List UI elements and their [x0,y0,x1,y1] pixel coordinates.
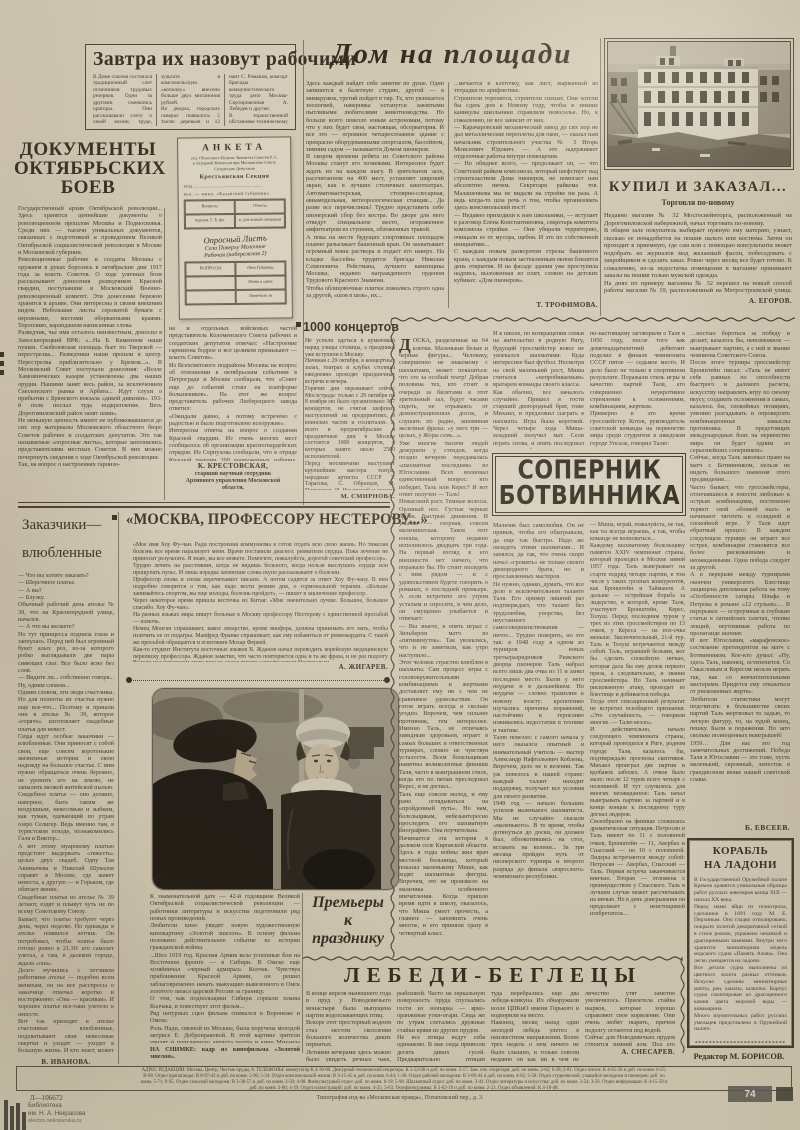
article-title-dokumenty: ДОКУМЕНТЫ ОКТЯБРЬСКИХ БОЕВ [14,140,162,197]
anketa-title: АНКЕТА [183,142,285,153]
author-signature: А. ЖИГАРЕВ. [133,663,388,671]
text-column: по-настоящему заговорили о Тале в 1956 г… [590,330,685,449]
anketa-th: Ответы [235,200,285,215]
text-column: И в школе, по возвращении семьи на жител… [493,330,584,449]
library-watermark-text: Библиотека им. Н. А. Некрасова electro.n… [28,1102,85,1124]
text-column: Государственный архив Октябрьской револю… [18,205,162,499]
anketa-cell: Лично и имен. [236,276,286,291]
footer-address-box: АДРЕС РЕДАКЦИИ: Москва, Центр, Чистые пр… [16,1066,792,1091]
drop-cap: Д [399,337,413,351]
author-signature: В. ИВАНОВА. [18,1058,114,1066]
section-divider [18,502,390,508]
text-column: туда перебрались еще два лебедя-кликуна.… [491,990,579,1062]
building-photo-illustration [607,41,791,167]
anketa-cell: Отъ Губернии [235,262,285,277]
anketa-document-image: АНКЕТА отд. Областного Исполн. Комитета … [177,136,293,319]
stamp-mark [776,1087,793,1101]
decorative-dot [112,515,117,520]
text-column: Мальчик был самолюбив. Он не привык, что… [493,522,584,954]
library-name: Библиотека [28,1102,85,1110]
anketa-subtitle: отд. Областного Исполн. Комитета Советов… [183,154,285,171]
article-subtitle-kupil: Торговля по-новому [604,198,792,207]
anketa-field: уезд ...................................… [184,183,286,189]
text-column: — Миша, играй, пожалуйста, не так, как т… [590,522,685,954]
photo-movie-still [152,688,399,890]
dotted-divider [128,680,388,681]
anketa-section: Крестьянская Секция [183,174,285,181]
article-zavtra-columns: В Доме союзов состоялся традиционный сле… [93,74,288,126]
column-rule [118,512,119,1064]
page-edge-mark [0,352,4,378]
wavy-rule-vertical [389,318,397,958]
text-column: «Мое имя Хоу Фу-чан. Ради построения ком… [133,542,388,662]
column-rule [600,38,601,316]
author-signature: Т. ТРОФИМОВА. [454,301,598,309]
article-title-korabl: КОРАБЛЬ НА ЛАДОНИ [694,845,787,873]
photo-building [604,38,794,170]
wavy-rule-horizontal [391,316,795,324]
author-signature: К. КРЕСТОВСКАЯ, [169,462,297,470]
anketa-field: вол. — имен. «Казанской губернии» [184,191,286,197]
text-column: …ностью бороться за победу и делает, каз… [690,330,790,820]
anketa-table: ВОПРОСЫ Отъ Губернии Лично и имен. Отвеч… [184,261,286,306]
anketa-th: ВОПРОСЫ [185,262,235,277]
editor-line: Редактор М. БОРИСОВ. [683,1052,795,1061]
author-signature: Б. ЕВСЕЕВ. [690,823,790,832]
text-column: — Что вы хотите заказать? — Шерстяное пл… [18,572,114,1054]
stars-divider: ⁎⁎⁎⁎⁎⁎⁎⁎⁎⁎⁎⁎⁎⁎⁎⁎⁎⁎⁎⁎⁎⁎⁎⁎⁎⁎ [694,1039,787,1045]
text-column: нант С. Романов, комсорг бригады коммуни… [229,74,288,126]
article-title-dom: Дом на площади [303,38,601,71]
text-column: В Доме союзов состоялся традиционный сле… [93,74,157,126]
author-role: старший научный сотрудник Архивного упра… [169,471,297,497]
photo-caption: НА СНИМКЕ: кадр из кинофильма «Золотой э… [150,1046,300,1061]
newspaper-page: Завтра их назовут рабочими В Доме союзов… [0,0,800,1130]
text-column: зультате в комсомольскую «копилку» внесе… [161,74,225,126]
article-korabl-box: КОРАБЛЬ НА ЛАДОНИ В Государственной Оруж… [687,838,794,1048]
decorative-dot [296,322,301,327]
library-logo-bars-icon [4,1100,26,1130]
anketa-cell [186,290,236,305]
article-zavtra-box: Завтра их назовут рабочими В Доме союзов… [85,44,296,130]
text-column: Недавно магазин № 32 Мосгосвейнторга, ра… [604,212,792,296]
anketa-subtitle-line: и Аграрной Комиссии при Московском Совет… [193,160,276,171]
wavy-rule-horizontal [303,955,683,963]
text-column: ...мечается в клеточку, как лист, вырван… [454,80,598,300]
text-column: ДОСКА, разделенная на 64 клетки. Маленьк… [399,330,488,954]
text-column: рыбешкой. Часто на зеркальную поверхност… [397,990,485,1062]
author-signature: А. ЕГОРОВ. [604,297,792,305]
anketa-cell: переим. Г. Б. фл. [185,214,235,229]
library-url: electro.nekrasovka.ru [28,1118,85,1125]
text-column: В Государственной Оружейной палате Кремл… [694,877,787,1037]
anketa-th: Вопросы [185,200,235,215]
library-watermark: Библиотека им. Н. А. Некрасова electro.n… [2,1098,122,1130]
article-title-kupil: КУПИЛ И ЗАКАЗАЛ... [604,179,792,196]
text-column: личество утят заметно увеличилось. Приле… [585,990,675,1046]
column-rule [303,40,304,505]
author-signature: А. СНЕСАРЕВ. [585,1048,675,1056]
text-column: Здесь каждый найдет себе занятие по душе… [306,80,444,311]
author-signature: М. СМИРНОВА. [305,493,395,500]
article-title-concerts: 1000 концертов [303,320,395,334]
article-title-premiery: Премьеры к празднику [303,894,393,948]
column-rule [448,82,449,308]
anketa-table: Вопросы Ответы переим. Г. Б. фл. в. для … [184,199,286,230]
text-column: Не успели одеться в кумачовый наряд улиц… [305,338,395,490]
movie-still-illustration [153,689,398,889]
text-column: на и отдельных войсковых частей представ… [169,325,297,461]
article-title-moskva: «МОСКВА, ПРОФЕССОРУ НЕСТЕРОВУ...» [126,511,372,529]
library-name-line2: им. Н. А. Некрасова [28,1110,85,1118]
text-run: ОСКА, разделенная на 64 клетки. Маленьки… [399,337,488,936]
anketa-cell: Отвечалъ за [236,290,286,305]
anketa-cell: в. для всякой операции [235,214,285,229]
column-rule [164,208,165,500]
article-title-sopernik: СОПЕРНИК БОТВИННИКА [498,458,679,511]
article-title-zavtra: Завтра их назовут рабочими [93,48,284,71]
text-column: К знаменательной дате — 42-й годовщине В… [150,893,300,1043]
article-title-box-sopernik: СОПЕРНИК БОТВИННИКА [492,453,686,516]
article-title-lebedi: ЛЕБЕДИ-БЕГЛЕЦЫ [303,963,683,988]
article-title-zakazchiki: Заказчики— влюбленные [22,512,116,568]
anketa-cell [186,276,236,291]
page-number-stamp: 74 [728,1086,772,1102]
text-column: В конце апреля нынешнего года в пруд у Н… [306,990,391,1062]
